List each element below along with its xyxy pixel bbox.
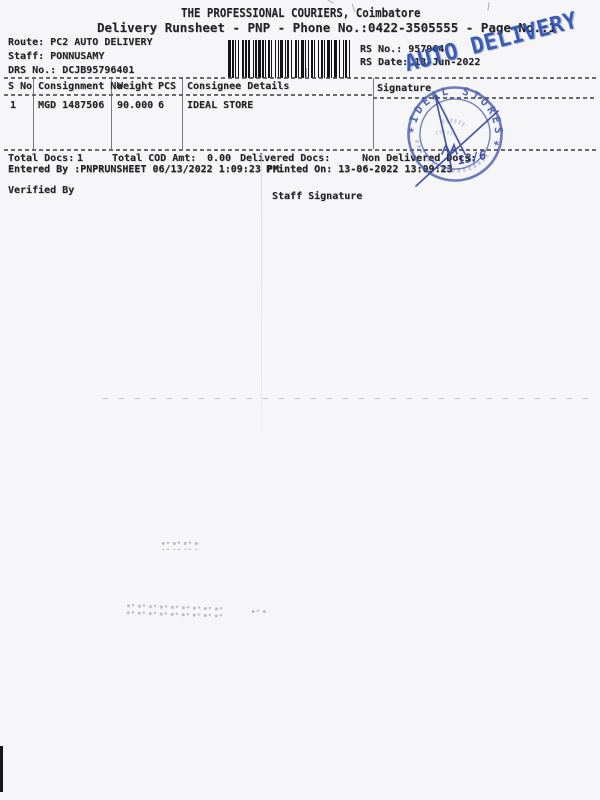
scan-tick-1 [327,0,334,4]
scanned-delivery-runsheet: THE PROFESSIONAL COURIERS, Coimbatore De… [0,0,600,800]
scan-smudge-1 [160,540,200,550]
verified-by-label: Verified By [8,185,74,197]
svg-text:IDEAL STORES: IDEAL STORES [406,74,514,142]
scan-smudge-3 [250,608,268,616]
staff-signature-label: Staff Signature [272,191,362,203]
table-col-line-4 [373,78,374,149]
drs-line: DRS No.: DCJB95796401 [8,65,134,77]
stamp-ring-text: IDEAL STORES [406,74,514,142]
scan-crease-line [261,152,262,432]
company-title: THE PROFESSIONAL COURIERS, Coimbatore [181,5,420,20]
row-consignee: IDEAL STORE [187,100,253,112]
col-header-weight: Weight [117,81,153,93]
row-s-no: 1 [10,100,16,112]
table-rule-header-bottom [4,94,373,96]
stamp-star-left: * [406,125,415,139]
table-col-line-3 [182,78,183,149]
drs-label: DRS No.: [8,65,56,76]
scan-tick-4 [306,68,307,77]
staff-value: PONNUSAMY [50,51,104,62]
row-consignment-no: MGD 1487506 [38,100,104,112]
entered-by-line: Entered By :PNPRUNSHEET 06/13/2022 1:09:… [8,164,279,176]
row-weight: 90.000 [117,100,153,112]
scan-smudge-2 [125,602,225,619]
col-header-pcs: PCS [158,81,176,93]
col-header-s-no: S No [8,81,32,93]
rs-date-label: RS Date: [360,57,408,68]
route-line: Route: PC2 AUTO DELIVERY [8,37,153,49]
ideal-stores-stamp: IDEAL STORES * * 13/6 [395,74,515,194]
table-col-line-1 [33,78,34,149]
col-header-consignment-no: Consignment No [38,81,122,93]
stamp-inner-faded-text-1 [442,118,466,127]
staff-line: Staff: PONNUSAMY [8,51,104,63]
route-value: PC2 AUTO DELIVERY [50,37,152,48]
row-pcs: 6 [158,100,164,112]
scan-fold-line [103,398,597,399]
rs-no-label: RS No.: [360,44,402,55]
auto-delivery-stamp: AUTO DELIVERY [402,8,580,78]
staff-label: Staff: [8,51,44,62]
barcode-image [228,40,352,78]
scan-edge-mark [0,746,3,792]
col-header-consignee: Consignee Details [187,81,289,93]
drs-value: DCJB95796401 [62,65,134,76]
route-label: Route: [8,37,44,48]
scan-tick-3 [487,2,489,11]
stamp-handwritten-date: 13/6 [456,148,487,168]
